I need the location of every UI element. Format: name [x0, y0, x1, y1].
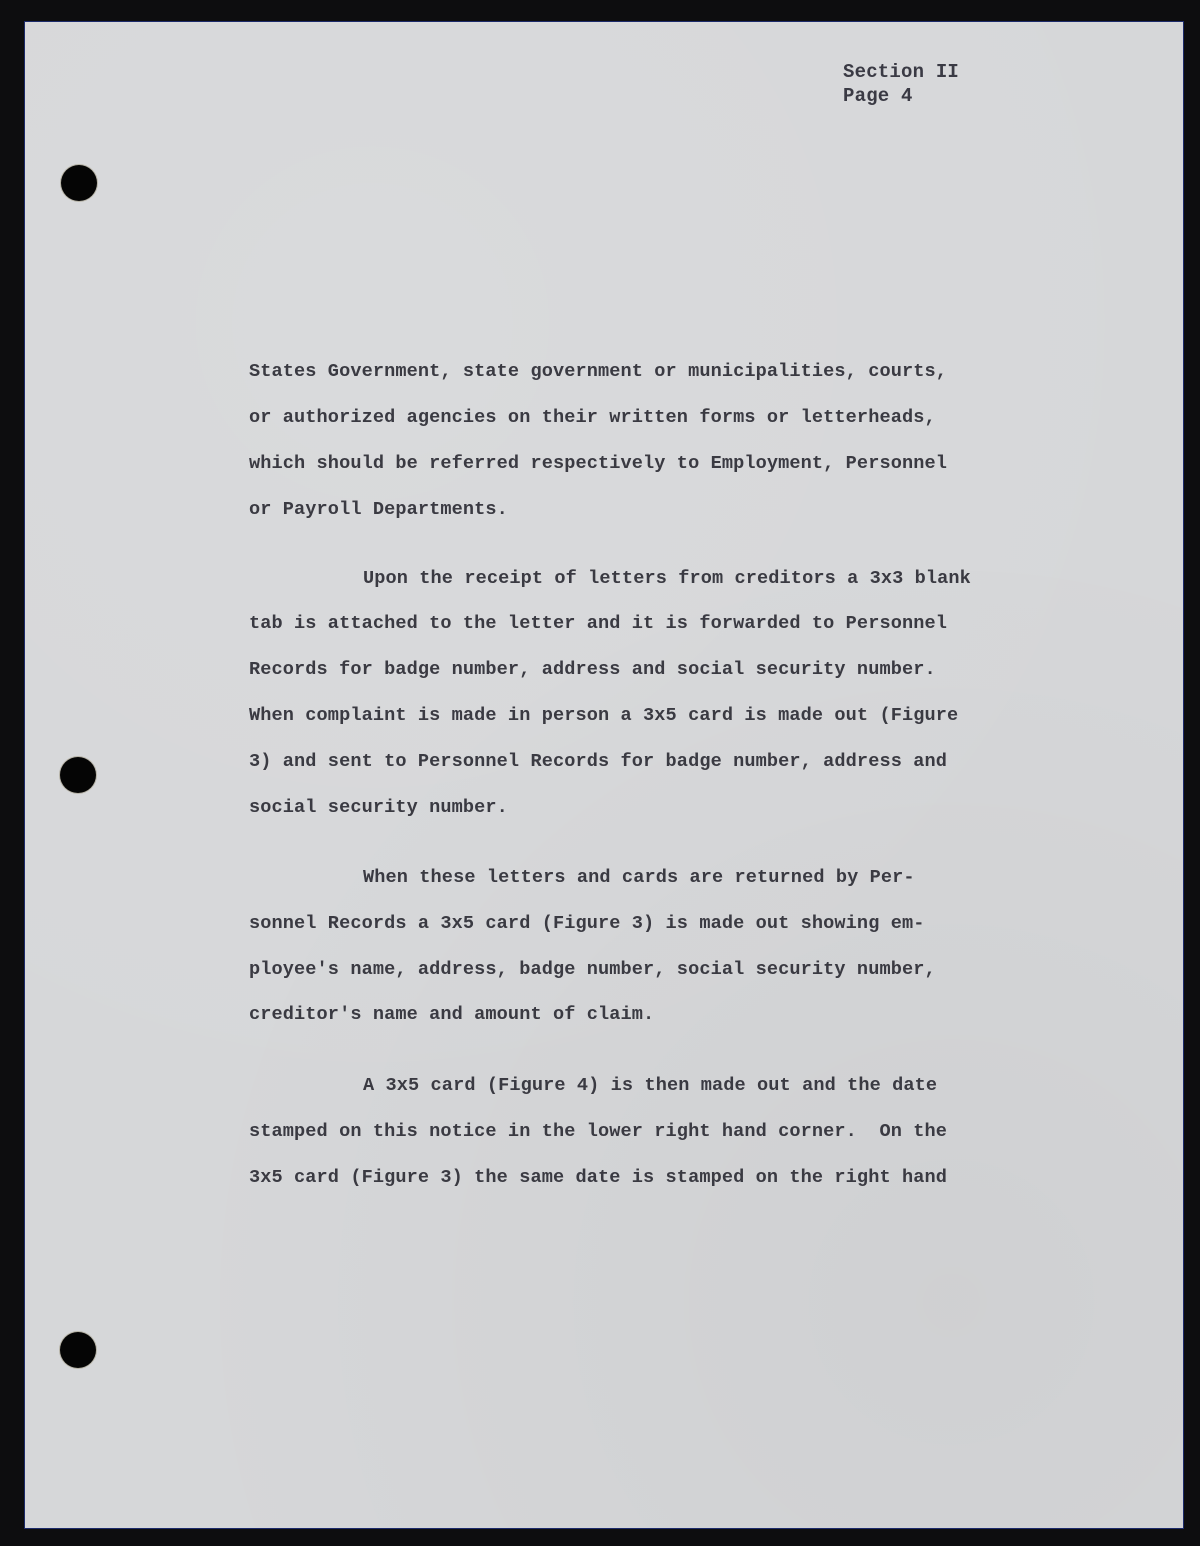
text-line: Upon the receipt of letters from credito… [363, 567, 971, 591]
punch-hole [60, 1332, 96, 1368]
text-line: Records for badge number, address and so… [249, 658, 936, 682]
text-line: When complaint is made in person a 3x5 c… [249, 704, 958, 728]
text-line: stamped on this notice in the lower righ… [249, 1120, 947, 1144]
text-line: 3x5 card (Figure 3) the same date is sta… [249, 1166, 947, 1190]
text-line: sonnel Records a 3x5 card (Figure 3) is … [249, 912, 924, 936]
text-line: creditor's name and amount of claim. [249, 1003, 654, 1027]
text-line: or authorized agencies on their written … [249, 406, 936, 430]
page-number: Page 4 [843, 84, 959, 108]
text-line: tab is attached to the letter and it is … [249, 612, 947, 636]
text-line: 3) and sent to Personnel Records for bad… [249, 750, 947, 774]
text-line: ployee's name, address, badge number, so… [249, 958, 936, 982]
page-header: Section II Page 4 [843, 60, 959, 108]
punch-hole [61, 165, 97, 201]
text-line: States Government, state government or m… [249, 360, 947, 384]
document-page: Section II Page 4 States Government, sta… [25, 22, 1183, 1528]
text-line: social security number. [249, 796, 508, 820]
text-line: When these letters and cards are returne… [363, 866, 915, 890]
text-line: or Payroll Departments. [249, 498, 508, 522]
section-label: Section II [843, 60, 959, 84]
punch-hole [60, 757, 96, 793]
text-line: which should be referred respectively to… [249, 452, 947, 476]
text-line: A 3x5 card (Figure 4) is then made out a… [363, 1074, 937, 1098]
